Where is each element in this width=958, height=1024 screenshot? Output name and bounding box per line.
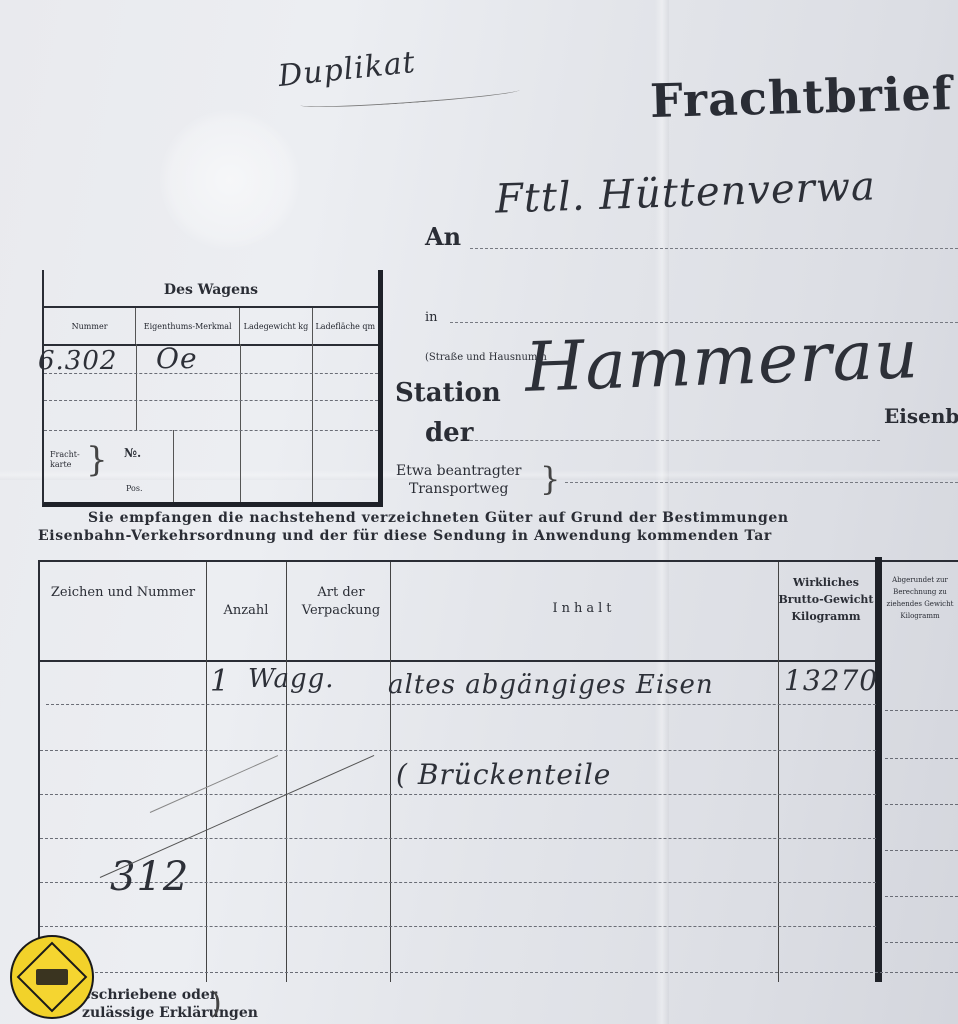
nr-label: №.	[124, 446, 141, 460]
wagen-col-ladeflaeche: Ladefläche qm	[313, 308, 378, 344]
document-title: Frachtbrief	[649, 66, 953, 128]
wagen-nummer-value: 6.302	[38, 346, 117, 376]
wagen-header: Nummer Eigenthums-Merkmal Ladegewicht kg…	[44, 306, 378, 346]
weight-divider	[875, 557, 882, 982]
col-abgerundet: Abgerundet zur Berechnung zu ziehendes G…	[885, 574, 955, 622]
col-anzahl: Anzahl	[206, 602, 286, 620]
col-verpackung: Art der Verpackung	[292, 584, 390, 620]
duplikat-annotation: Duplikat	[277, 45, 418, 94]
transport-label-line2: Transportweg	[396, 480, 521, 498]
marginal-number: 312	[110, 854, 189, 900]
row1-verpackung: Wagg.	[248, 664, 335, 694]
row1-gewicht: 13270	[784, 664, 878, 697]
station-label: Station	[395, 378, 501, 408]
frachtkarte-label: Fracht-karte	[50, 450, 86, 470]
destination-value: Hammerau	[524, 315, 920, 408]
tram-club-logo-icon	[10, 935, 94, 1019]
col-zeichen: Zeichen und Nummer	[40, 584, 206, 602]
wagen-box: Des Wagens Nummer Eigenthums-Merkmal Lad…	[42, 270, 383, 507]
der-label: der	[425, 418, 473, 448]
wagen-title: Des Wagens	[44, 282, 378, 298]
in-label: in	[425, 310, 438, 325]
footer-label-line2: zulässige Erklärungen	[82, 1004, 258, 1022]
col-inhalt: Inhalt	[390, 600, 778, 618]
recipient-line	[470, 248, 958, 249]
notice-line-2: Eisenbahn-Verkehrsordnung und der für di…	[38, 528, 772, 544]
row1-anzahl: 1	[210, 664, 230, 699]
recipient-value: Fttl. Hüttenverwa	[494, 163, 876, 222]
transport-label-line1: Etwa beantragter	[396, 462, 521, 480]
recipient-label: An	[425, 222, 461, 251]
col-gewicht: Wirkliches Brutto-Gewicht Kilogramm	[778, 574, 874, 625]
frachtkarte-brace: }	[86, 440, 108, 480]
notice-line-1: Sie empfangen die nachstehend verzeichne…	[88, 510, 789, 526]
embossed-seal	[160, 110, 300, 250]
railway-suffix: Eisenba	[884, 404, 958, 428]
wagen-merkmal-value: Oe	[156, 342, 198, 375]
goods-table: Zeichen und Nummer Anzahl Art der Verpac…	[38, 560, 958, 982]
transport-brace: }	[540, 460, 560, 498]
transport-route-label: Etwa beantragter Transportweg	[396, 462, 521, 498]
row2-inhalt: ( Brückenteile	[396, 758, 611, 791]
footer-label-line1: eschriebene oder	[82, 986, 258, 1004]
row1-inhalt: altes abgängiges Eisen	[388, 670, 714, 700]
railway-line	[470, 440, 880, 441]
pos-label: Pos.	[126, 484, 143, 493]
wagen-col-ladegewicht: Ladegewicht kg	[240, 308, 312, 344]
wagen-col-merkmal: Eigenthums-Merkmal	[136, 308, 240, 344]
footer-label: eschriebene oder zulässige Erklärungen	[82, 986, 258, 1022]
footer-brace: )	[210, 986, 222, 1021]
strike-line-2	[150, 755, 278, 813]
transport-line	[565, 482, 958, 483]
tram-icon	[36, 969, 68, 985]
wagen-col-nummer: Nummer	[44, 308, 136, 344]
